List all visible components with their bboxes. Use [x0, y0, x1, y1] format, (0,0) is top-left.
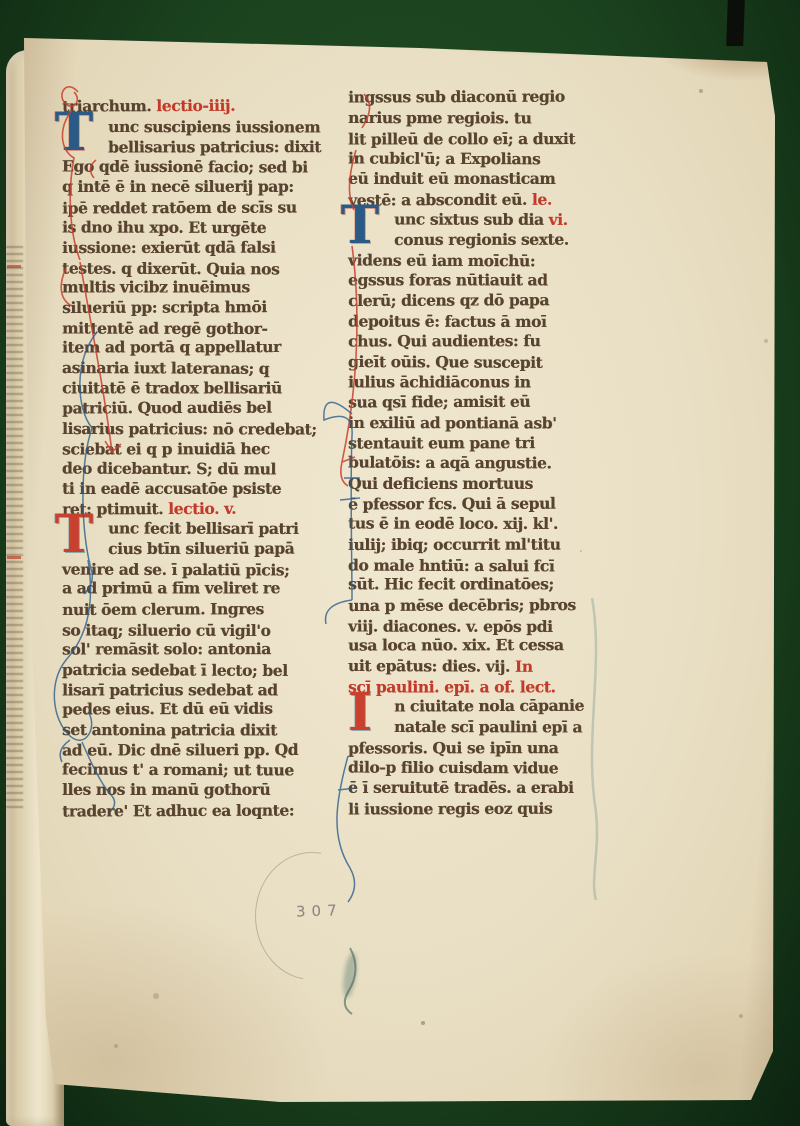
body-text: una p mēse decēbris; pbros	[348, 595, 576, 615]
body-text: Qui deficiens mortuus	[348, 474, 533, 493]
manuscript-text-line: silueriū pp: scripta hmōi	[62, 297, 267, 317]
body-text: iussione: exierūt qdā falsi	[62, 237, 276, 256]
manuscript-text-line: egssus foras nūtiauit ad	[348, 270, 548, 289]
manuscript-text-line: iulij; ibiq; occurrit ml'titu	[348, 534, 560, 553]
manuscript-text-line: iulius āchidiāconus in	[348, 373, 531, 392]
body-text: stentauit eum pane tri	[348, 433, 535, 452]
manuscript-text-line: patriciū. Quod audiēs bel	[62, 397, 272, 417]
manuscript-text-line: unc fecit bellisarī patri	[108, 519, 299, 538]
body-text: ingssus sub diaconū regio	[348, 87, 565, 107]
body-text: item ad portā q appellatur	[62, 337, 281, 356]
manuscript-text-line: lles nos in manū gothorū	[62, 780, 270, 799]
body-text: tus ē in eodē loco. xij. kl'.	[348, 514, 558, 533]
body-text: ipē reddet ratōem de scīs su	[62, 197, 297, 217]
body-text: lit pilleū de collo eī; a duxit	[348, 129, 575, 148]
body-text: venire ad se. ī palatiū pīcis;	[62, 560, 289, 580]
manuscript-text-line: ipē reddet ratōem de scīs su	[62, 197, 297, 217]
body-text: depoitus ē: factus ā moī	[348, 312, 547, 331]
drop-cap-initial: T	[338, 204, 382, 248]
manuscript-text-line: conus regionis sexte.	[394, 230, 569, 249]
body-text: unc sixtus sub dia	[394, 209, 549, 228]
manuscript-text-line: in exiliū ad pontianā asb'	[348, 413, 557, 432]
manuscript-text-line: venire ad se. ī palatiū pīcis;	[62, 560, 289, 580]
manuscript-text-line: mittentē ad regē gothor-	[62, 319, 268, 338]
body-text: bulatōis: a aqā angustie.	[348, 453, 552, 473]
body-text: sua qsī fide; amisit eū	[348, 391, 530, 411]
manuscript-text-line: Qui deficiens mortuus	[348, 474, 533, 493]
body-text: ad eū. Dic dnē silueri pp. Qd	[62, 740, 298, 759]
body-text: li iussione regis eoz quis	[348, 798, 552, 818]
manuscript-text-line: ingssus sub diaconū regio	[348, 87, 565, 107]
manuscript-text-line: asinaria iuxt lateranas; q	[62, 358, 269, 378]
body-text: chus. Qui audientes: fu	[348, 331, 540, 350]
body-text: sol' remāsit solo: antonia	[62, 639, 271, 658]
body-text: so itaq; siluerio cū vigil'o	[62, 620, 270, 639]
body-text: ē ī seruitutē tradēs. a erabi	[348, 778, 574, 797]
manuscript-text-line: pedes eius. Et dū eū vidis	[62, 699, 272, 719]
manuscript-text-line: viij. diacones. v. epōs pdi	[348, 616, 553, 635]
body-text: sciebat ei q p inuidiā hec	[62, 439, 270, 458]
manuscript-text-line: sol' remāsit solo: antonia	[62, 639, 271, 658]
manuscript-text-line: stentauit eum pane tri	[348, 433, 535, 452]
manuscript-text-line: natale scī paulini epī a	[394, 717, 582, 736]
manuscript-text-line: ti in eadē accusatōe psiste	[62, 479, 281, 498]
manuscript-text-line: tradere' Et adhuc ea loqnte:	[62, 800, 294, 820]
body-text: dilo-p filio cuisdam vidue	[348, 757, 558, 777]
rubric-text: lectio-iiij.	[151, 96, 235, 115]
manuscript-text-line: do male hntiū: a salui fcī	[348, 555, 554, 575]
manuscript-text-line: depoitus ē: factus ā moī	[348, 312, 547, 331]
manuscript-text-line: eū induit eū monasticam	[348, 169, 555, 188]
body-text: deo dicebantur. S; dū mul	[62, 458, 276, 478]
body-text: egssus foras nūtiauit ad	[348, 270, 548, 289]
manuscript-text-line: ad eū. Dic dnē silueri pp. Qd	[62, 740, 298, 759]
body-text: sūt. Hic fecit ordinatōes;	[348, 575, 554, 594]
body-text: testes. q dixerūt. Quia nos	[62, 258, 279, 278]
body-text: in cubicl'ū; a Expolians	[348, 148, 540, 168]
body-text: nuit ōem clerum. Ingres	[62, 599, 264, 619]
body-text: pedes eius. Et dū eū vidis	[62, 699, 272, 719]
manuscript-text-line: tus ē in eodē loco. xij. kl'.	[348, 514, 558, 533]
manuscript-text-line: item ad portā q appellatur	[62, 337, 281, 356]
manuscript-text-line: cius btīn silueriū papā	[108, 539, 294, 558]
manuscript-text-line: n ciuitate nola cāpanie	[394, 696, 584, 716]
body-text: conus regionis sexte.	[394, 230, 569, 249]
body-text: cius btīn silueriū papā	[108, 539, 294, 558]
body-text: fecimus t' a romani; ut tuue	[62, 760, 294, 780]
manuscript-text-line: Ego qdē iussionē facio; sed bi	[62, 157, 308, 177]
body-text: pfessoris. Qui se ipīn una	[348, 738, 558, 757]
body-text: n ciuitate nola cāpanie	[394, 696, 584, 716]
body-text: usa loca nūo. xix. Et cessa	[348, 635, 564, 654]
manuscript-text-line: ciuitatē ē tradox bellisariū	[62, 379, 282, 398]
manuscript-text-line: unc suscipiens iussionem	[108, 117, 320, 136]
manuscript-text-line: bulatōis: a aqā angustie.	[348, 453, 552, 473]
body-text: natale scī paulini epī a	[394, 717, 582, 736]
manuscript-text-line: dilo-p filio cuisdam vidue	[348, 757, 558, 777]
body-text: do male hntiū: a salui fcī	[348, 555, 554, 575]
manuscript-text-line: multis vicibz inuēimus	[62, 277, 250, 296]
manuscript-text-line: sciebat ei q p inuidiā hec	[62, 439, 270, 458]
body-text: is dno ihu xpo. Et urgēte	[62, 217, 266, 236]
manuscript-text-line: ē pfessor fcs. Qui ā sepul	[348, 494, 555, 514]
body-text: tradere' Et adhuc ea loqnte:	[62, 800, 294, 820]
body-text: unc fecit bellisarī patri	[108, 519, 299, 538]
rubric-text: In	[515, 657, 533, 676]
manuscript-text-line: lisarius patricius: nō credebat;	[62, 419, 317, 439]
body-text: ē pfessor fcs. Qui ā sepul	[348, 494, 555, 514]
body-text: lisarī patricius sedebat ad	[62, 680, 278, 699]
manuscript-text-line: so itaq; siluerio cū vigil'o	[62, 620, 270, 639]
body-text: asinaria iuxt lateranas; q	[62, 358, 269, 378]
manuscript-text-line: chus. Qui audientes: fu	[348, 331, 540, 350]
body-text: Ego qdē iussionē facio; sed bi	[62, 157, 308, 177]
manuscript-text-line: in cubicl'ū; a Expolians	[348, 148, 540, 168]
body-text: silueriū pp: scripta hmōi	[62, 297, 267, 317]
body-text: lles nos in manū gothorū	[62, 780, 270, 799]
manuscript-text-line: usa loca nūo. xix. Et cessa	[348, 635, 564, 654]
manuscript-text-line: fecimus t' a romani; ut tuue	[62, 760, 294, 780]
manuscript-text-line: set antonina patricia dixit	[62, 720, 277, 739]
manuscript-text-line: q intē ē in necē siluerij pap:	[62, 177, 294, 196]
manuscript-text-line: patricia sedebat ī lecto; bel	[62, 660, 288, 680]
manuscript-text-line: clerū; dicens qz dō papa	[348, 290, 549, 310]
body-text: narius pme regiois. tu	[348, 108, 531, 127]
manuscript-text-line: testes. q dixerūt. Quia nos	[62, 258, 279, 278]
manuscript-text-line: li iussione regis eoz quis	[348, 798, 552, 818]
body-text: a ad primū a fīm veliret re	[62, 579, 280, 598]
manuscript-text-line: bellisarius patricius: dixit	[108, 137, 321, 156]
body-text: lisarius patricius: nō credebat;	[62, 419, 317, 439]
manuscript-text-line: sua qsī fide; amisit eū	[348, 391, 530, 411]
manuscript-text-line: lisarī patricius sedebat ad	[62, 680, 278, 699]
body-text: eū induit eū monasticam	[348, 169, 555, 188]
manuscript-text-line: a ad primū a fīm veliret re	[62, 579, 280, 598]
body-text: videns eū iam moīchū:	[348, 251, 535, 271]
rubric-text: lectio. v.	[168, 499, 236, 518]
body-text: set antonina patricia dixit	[62, 720, 277, 739]
body-text: in exiliū ad pontianā asb'	[348, 413, 557, 432]
drop-cap-initial: I	[338, 691, 382, 735]
manuscript-text-line: nuit ōem clerum. Ingres	[62, 599, 264, 619]
manuscript-text-line: uit epātus: dies. vij. In	[348, 656, 533, 676]
body-text: ti in eadē accusatōe psiste	[62, 479, 281, 498]
body-text: unc suscipiens iussionem	[108, 117, 320, 136]
body-text: q intē ē in necē siluerij pap:	[62, 177, 294, 196]
body-text: multis vicibz inuēimus	[62, 277, 250, 296]
manuscript-text-line: unc sixtus sub dia vi.	[394, 209, 568, 228]
body-text: viij. diacones. v. epōs pdi	[348, 616, 553, 635]
body-text: iulius āchidiāconus in	[348, 373, 531, 392]
manuscript-text-line: lit pilleū de collo eī; a duxit	[348, 129, 575, 148]
manuscript-text-line: sūt. Hic fecit ordinatōes;	[348, 575, 554, 594]
body-text: clerū; dicens qz dō papa	[348, 290, 549, 310]
manuscript-text-line: narius pme regiois. tu	[348, 108, 531, 127]
body-text: uit epātus: dies. vij.	[348, 656, 515, 676]
manuscript-text-line: pfessoris. Qui se ipīn una	[348, 738, 558, 757]
body-text: ciuitatē ē tradox bellisariū	[62, 379, 282, 398]
photo-background: { "manuscript": { "folio_number": "307",…	[0, 0, 800, 1126]
body-text: mittentē ad regē gothor-	[62, 319, 268, 338]
manuscript-text-line: una p mēse decēbris; pbros	[348, 595, 576, 615]
manuscript-text-line: ē ī seruitutē tradēs. a erabi	[348, 778, 574, 797]
body-text: iulij; ibiq; occurrit ml'titu	[348, 534, 560, 553]
manuscript-text-line: videns eū iam moīchū:	[348, 251, 535, 271]
manuscript-text-line: deo dicebantur. S; dū mul	[62, 458, 276, 478]
text-layer: 307 triarchum. lectio-iiij.Tunc suscipie…	[0, 0, 800, 1126]
body-text: patricia sedebat ī lecto; bel	[62, 660, 288, 680]
drop-cap-initial: T	[52, 513, 96, 557]
ink-smudge	[341, 951, 359, 998]
drop-cap-initial: T	[52, 111, 96, 155]
rubric-text: vi.	[549, 210, 568, 229]
manuscript-text-line: iussione: exierūt qdā falsi	[62, 237, 276, 256]
manuscript-text-line: is dno ihu xpo. Et urgēte	[62, 217, 266, 236]
body-text: gieīt oūis. Que suscepit	[348, 352, 542, 372]
body-text: patriciū. Quod audiēs bel	[62, 397, 272, 417]
rubric-text: le.	[532, 189, 552, 208]
body-text: bellisarius patricius: dixit	[108, 137, 321, 156]
manuscript-text-line: gieīt oūis. Que suscepit	[348, 352, 542, 372]
